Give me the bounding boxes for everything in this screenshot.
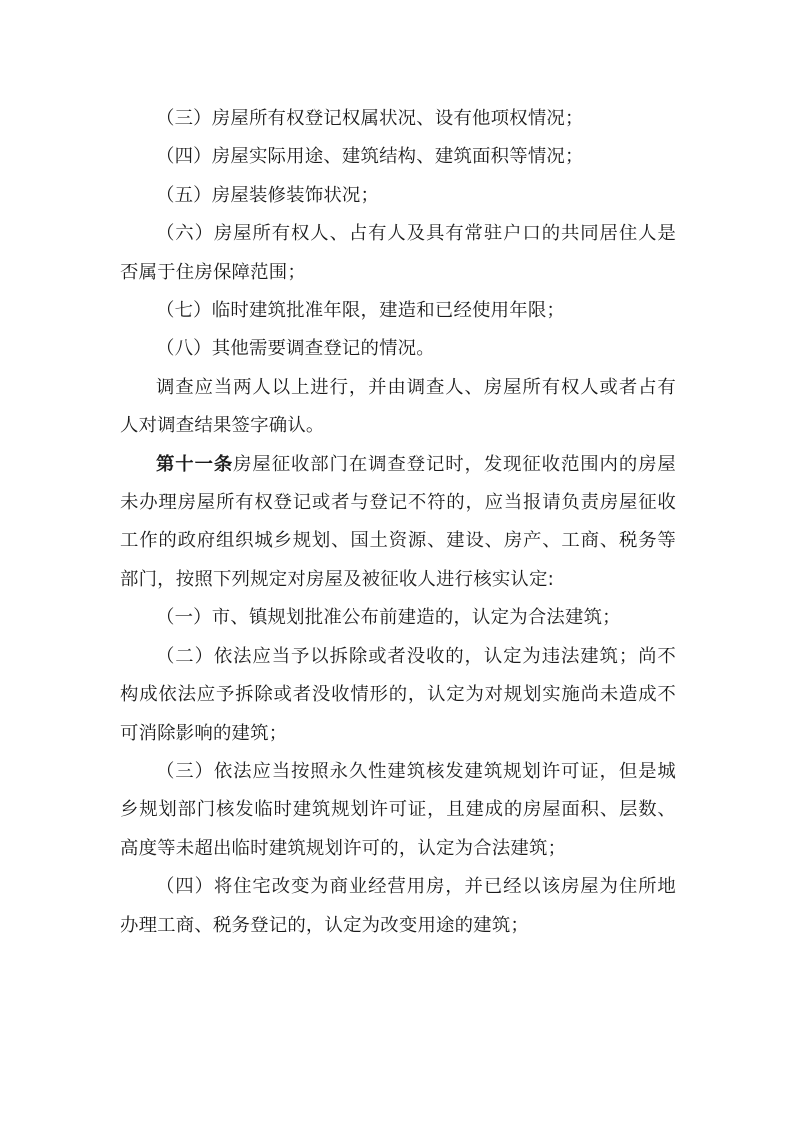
- paragraph-item-8-other: （八）其他需要调查登记的情况。: [120, 330, 676, 368]
- paragraph-survey-requirement: 调查应当两人以上进行，并由调查人、房屋所有权人或者占有人对调查结果签字确认。: [120, 369, 676, 446]
- paragraph-item-4-usage: （四）房屋实际用途、建筑结构、建筑面积等情况；: [120, 138, 676, 176]
- paragraph-item-3-ownership: （三）房屋所有权登记权属状况、设有他项权情况；: [120, 100, 676, 138]
- paragraph-rule-3: （三）依法应当按照永久性建筑核发建筑规划许可证，但是城乡规划部门核发临时建筑规划…: [120, 753, 676, 868]
- paragraph-item-6-housing-security: （六）房屋所有权人、占有人及具有常驻户口的共同居住人是否属于住房保障范围；: [120, 215, 676, 292]
- paragraph-item-5-decoration: （五）房屋装修装饰状况；: [120, 177, 676, 215]
- paragraph-rule-2: （二）依法应当予以拆除或者没收的，认定为违法建筑；尚不构成依法应予拆除或者没收情…: [120, 638, 676, 753]
- paragraph-article-11: 第十一条房屋征收部门在调查登记时，发现征收范围内的房屋未办理房屋所有权登记或者与…: [120, 446, 676, 600]
- article-number: 第十一条: [156, 454, 233, 475]
- paragraph-rule-1: （一）市、镇规划批准公布前建造的，认定为合法建筑；: [120, 599, 676, 637]
- paragraph-rule-4: （四）将住宅改变为商业经营用房，并已经以该房屋为住所地办理工商、税务登记的，认定…: [120, 868, 676, 945]
- paragraph-item-7-temporary: （七）临时建筑批准年限，建造和已经使用年限；: [120, 292, 676, 330]
- document-page: （三）房屋所有权登记权属状况、设有他项权情况； （四）房屋实际用途、建筑结构、建…: [120, 100, 676, 945]
